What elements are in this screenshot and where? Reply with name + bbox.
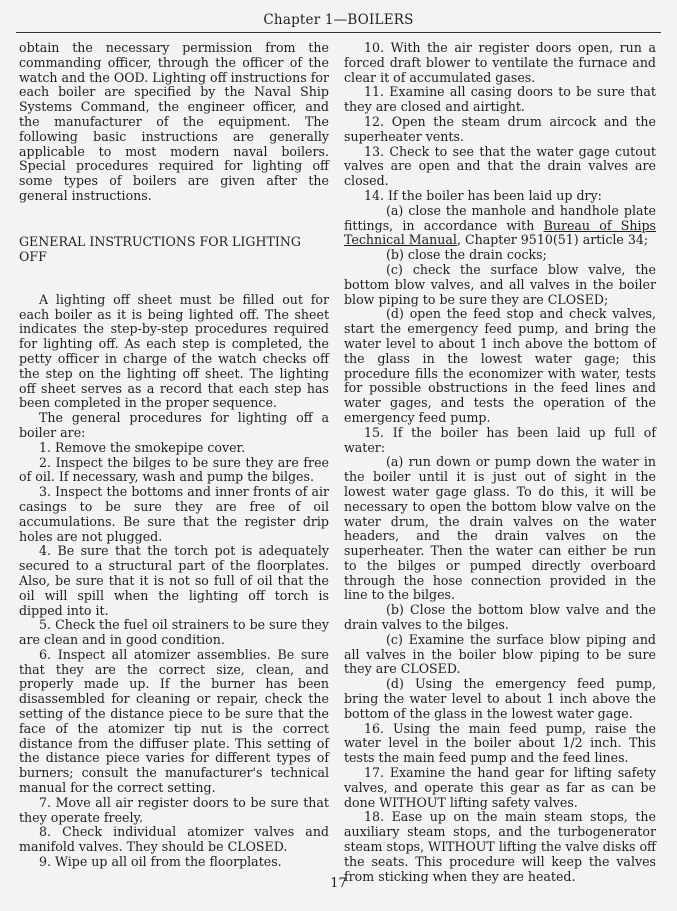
section-heading: GENERAL INSTRUCTIONS FOR LIGHTING OFF bbox=[19, 234, 329, 264]
page-number: 17 bbox=[0, 876, 677, 891]
step-6: 6. Inspect all atomizer assemblies. Be s… bbox=[19, 648, 329, 796]
running-header: Chapter 1—BOILERS bbox=[16, 12, 661, 28]
step-13: 13. Check to see that the water gage cut… bbox=[344, 145, 656, 189]
step-14: 14. If the boiler has been laid up dry: bbox=[344, 189, 656, 204]
header-rule bbox=[16, 32, 661, 33]
paragraph-general-procedures: The general procedures for lighting off … bbox=[19, 411, 329, 441]
step-18: 18. Ease up on the main steam stops, the… bbox=[344, 810, 656, 884]
step-7: 7. Move all air register doors to be sur… bbox=[19, 796, 329, 826]
step-2: 2. Inspect the bilges to be sure they ar… bbox=[19, 456, 329, 486]
step-11: 11. Examine all casing doors to be sure … bbox=[344, 85, 656, 115]
step-10: 10. With the air register doors open, ru… bbox=[344, 41, 656, 85]
step-12: 12. Open the steam drum aircock and the … bbox=[344, 115, 656, 145]
step-15c: (c) Examine the surface blow piping and … bbox=[344, 633, 656, 677]
step-1: 1. Remove the smokepipe cover. bbox=[19, 441, 329, 456]
step-15d: (d) Using the emergency feed pump, bring… bbox=[344, 677, 656, 721]
step-14c: (c) check the surface blow valve, the bo… bbox=[344, 263, 656, 307]
paragraph-lighting-off-sheet: A lighting off sheet must be filled out … bbox=[19, 293, 329, 411]
step-15: 15. If the boiler has been laid up full … bbox=[344, 426, 656, 456]
step-16: 16. Using the main feed pump, raise the … bbox=[344, 722, 656, 766]
step-14a-text-end: , Chapter 9510(51) article 34; bbox=[457, 232, 648, 247]
step-9: 9. Wipe up all oil from the floorplates. bbox=[19, 855, 329, 870]
intro-paragraph: obtain the necessary permission from the… bbox=[19, 41, 329, 204]
document-page: Chapter 1—BOILERS obtain the necessary p… bbox=[0, 0, 677, 911]
step-14a: (a) close the manhole and handhole plate… bbox=[344, 204, 656, 248]
step-4: 4. Be sure that the torch pot is adequat… bbox=[19, 544, 329, 618]
step-8: 8. Check individual atomizer valves and … bbox=[19, 825, 329, 855]
left-column: obtain the necessary permission from the… bbox=[19, 41, 329, 870]
step-14d: (d) open the feed stop and check valves,… bbox=[344, 307, 656, 425]
step-5: 5. Check the fuel oil strainers to be su… bbox=[19, 618, 329, 648]
step-14b: (b) close the drain cocks; bbox=[344, 248, 656, 263]
step-3: 3. Inspect the bottoms and inner fronts … bbox=[19, 485, 329, 544]
step-17: 17. Examine the hand gear for lifting sa… bbox=[344, 766, 656, 810]
step-15a: (a) run down or pump down the water in t… bbox=[344, 455, 656, 603]
right-column: 10. With the air register doors open, ru… bbox=[344, 41, 656, 884]
step-15b: (b) Close the bottom blow valve and the … bbox=[344, 603, 656, 633]
